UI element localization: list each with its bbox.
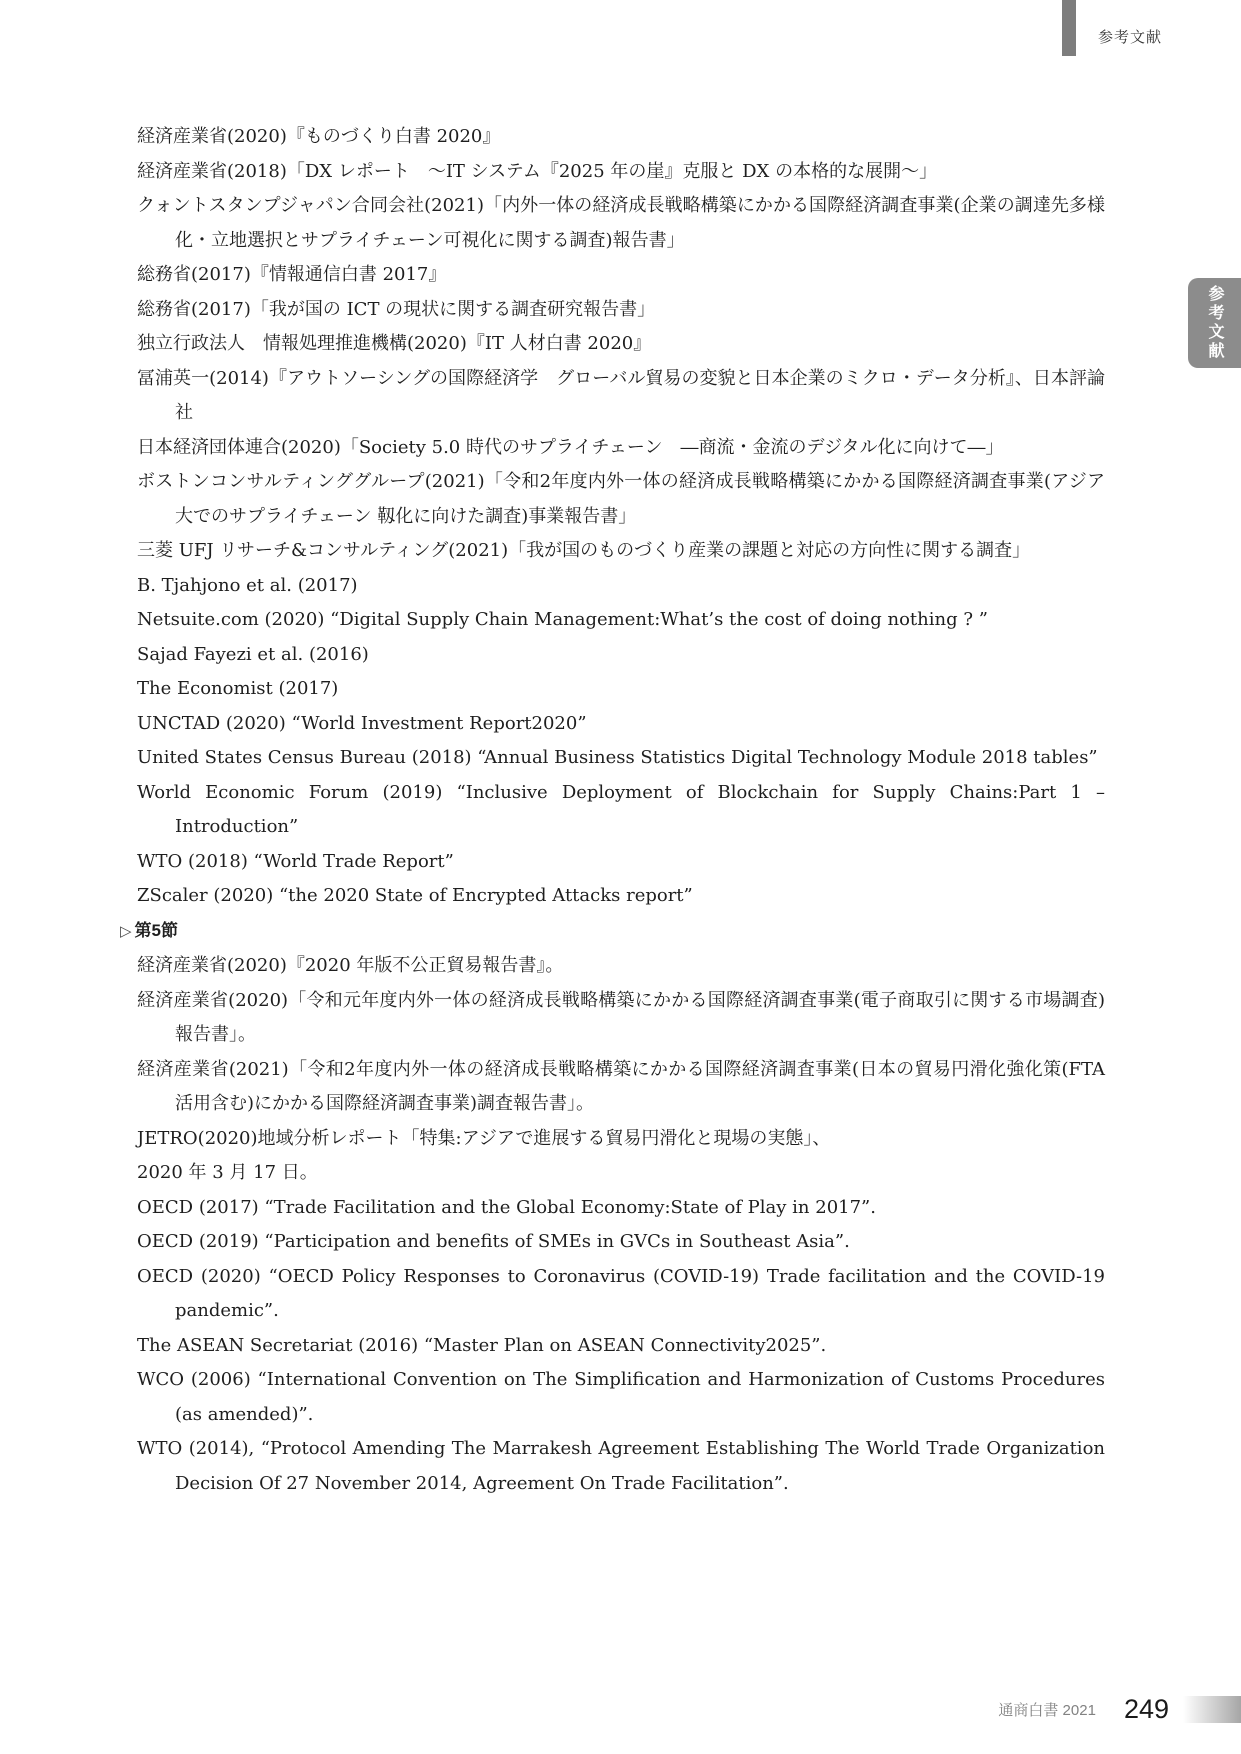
reference-entry: OECD (2020) “OECD Policy Responses to Co…: [137, 1260, 1105, 1329]
reference-entry: 経済産業省(2018)「DX レポート 〜IT システム『2025 年の崖』克服…: [137, 155, 1105, 190]
footer-page-number: 249: [1124, 1694, 1169, 1725]
reference-entry: Sajad Fayezi et al. (2016): [137, 638, 1105, 673]
reference-entry: 総務省(2017)『情報通信白書 2017』: [137, 258, 1105, 293]
reference-entry: クォントスタンプジャパン合同会社(2021)「内外一体の経済成長戦略構築にかかる…: [137, 189, 1105, 258]
side-tab-references: 参考文献: [1188, 278, 1241, 368]
page-header: 参考文献: [1062, 0, 1162, 56]
reference-entry: 冨浦英一(2014)『アウトソーシングの国際経済学 グローバル貿易の変貌と日本企…: [137, 362, 1105, 431]
reference-entry: 独立行政法人 情報処理推進機構(2020)『IT 人材白書 2020』: [137, 327, 1105, 362]
reference-entry: The Economist (2017): [137, 672, 1105, 707]
reference-entry: 三菱 UFJ リサーチ&コンサルティング(2021)「我が国のものづくり産業の課…: [137, 534, 1105, 569]
section-5-heading-label: 第5節: [135, 921, 178, 940]
reference-entry: 経済産業省(2020)『ものづくり白書 2020』: [137, 120, 1105, 155]
reference-entry: JETRO(2020)地域分析レポート「特集:アジアで進展する貿易円滑化と現場の…: [137, 1122, 1105, 1157]
triangle-marker-icon: ▷: [120, 923, 132, 940]
reference-entry: 総務省(2017)「我が国の ICT の現状に関する調査研究報告書」: [137, 293, 1105, 328]
reference-entry: Netsuite.com (2020) “Digital Supply Chai…: [137, 603, 1105, 638]
reference-entry: 日本経済団体連合(2020)「Society 5.0 時代のサプライチェーン ―…: [137, 431, 1105, 466]
reference-entry: B. Tjahjono et al. (2017): [137, 569, 1105, 604]
reference-entry: OECD (2019) “Participation and benefits …: [137, 1225, 1105, 1260]
reference-entry: 2020 年 3 月 17 日。: [137, 1156, 1105, 1191]
reference-entry: UNCTAD (2020) “World Investment Report20…: [137, 707, 1105, 742]
header-section-label: 参考文献: [1098, 26, 1162, 47]
footer-book-title: 通商白書 2021: [998, 1699, 1096, 1720]
reference-entry: World Economic Forum (2019) “Inclusive D…: [137, 776, 1105, 845]
reference-entry: The ASEAN Secretariat (2016) “Master Pla…: [137, 1329, 1105, 1364]
reference-entry: WTO (2014), “Protocol Amending The Marra…: [137, 1432, 1105, 1501]
reference-entry: WCO (2006) “International Convention on …: [137, 1363, 1105, 1432]
reference-entry: ボストンコンサルティンググループ(2021)「令和2年度内外一体の経済成長戦略構…: [137, 465, 1105, 534]
header-bar: [1062, 0, 1076, 56]
reference-entry: OECD (2017) “Trade Facilitation and the …: [137, 1191, 1105, 1226]
footer-gradient-bar: [1183, 1696, 1241, 1723]
reference-entry: ZScaler (2020) “the 2020 State of Encryp…: [137, 879, 1105, 914]
reference-entry: WTO (2018) “World Trade Report”: [137, 845, 1105, 880]
page-footer: 通商白書 2021 249: [998, 1694, 1241, 1725]
references-list: 経済産業省(2020)『ものづくり白書 2020』 経済産業省(2018)「DX…: [137, 120, 1105, 1501]
reference-entry: 経済産業省(2020)『2020 年版不公正貿易報告書』。: [137, 949, 1105, 984]
section-5-heading: ▷第5節: [120, 914, 1105, 950]
reference-entry: 経済産業省(2021)「令和2年度内外一体の経済成長戦略構築にかかる国際経済調査…: [137, 1053, 1105, 1122]
reference-entry: 経済産業省(2020)「令和元年度内外一体の経済成長戦略構築にかかる国際経済調査…: [137, 984, 1105, 1053]
reference-entry: United States Census Bureau (2018) “Annu…: [137, 741, 1105, 776]
